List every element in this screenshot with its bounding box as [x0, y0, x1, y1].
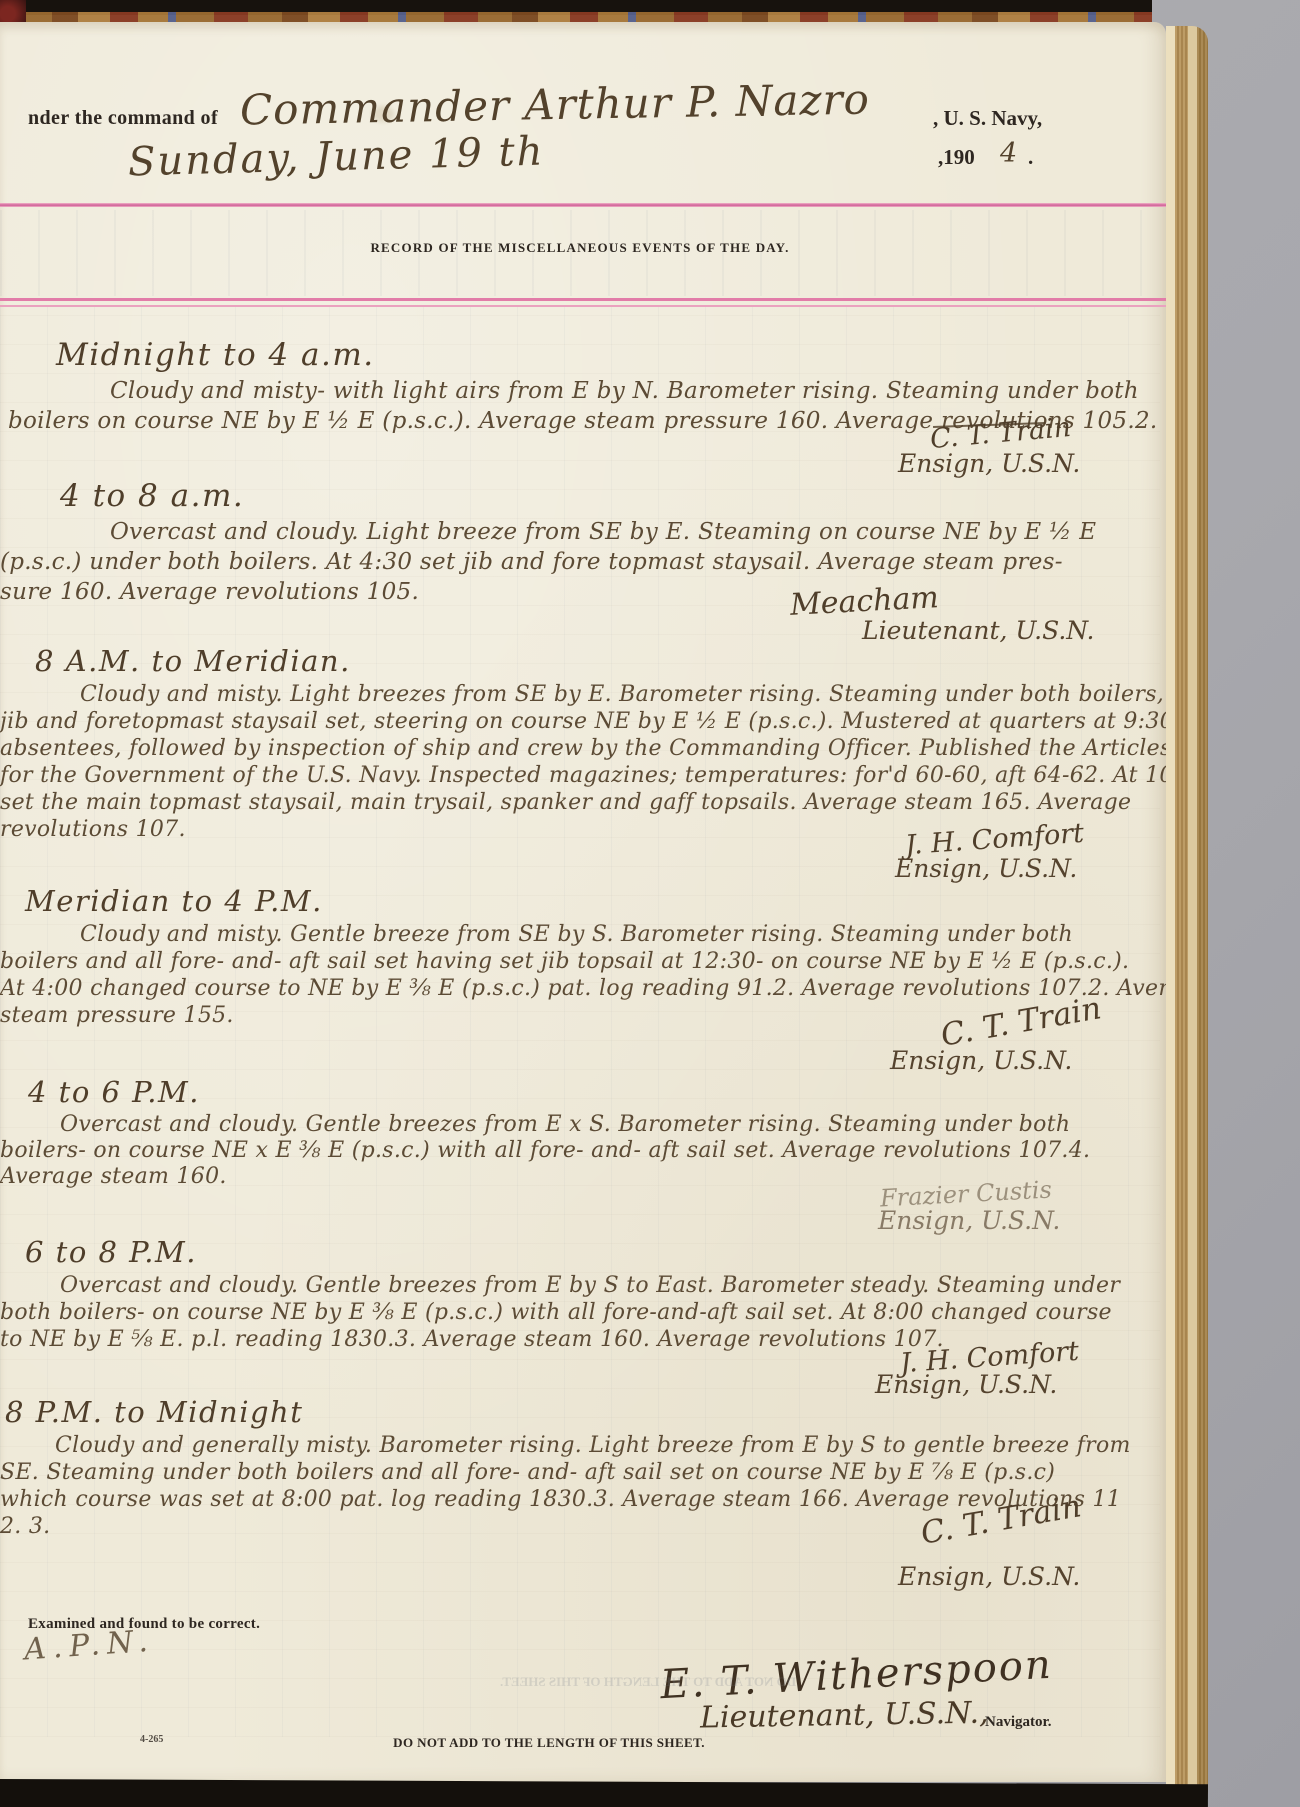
log-entry-6-to-8pm: 6 to 8 P.M. Overcast and cloudy. Gentle … — [0, 1235, 1166, 1353]
entry-line: SE. Steaming under both boilers and all … — [0, 1459, 1166, 1486]
entry-line: Cloudy and misty. Gentle breeze from SE … — [0, 921, 1166, 948]
pink-rule-mid-1 — [0, 298, 1166, 301]
page-edge-strip — [1197, 26, 1208, 1794]
entry-line: Cloudy and misty- with light airs from E… — [8, 376, 1166, 406]
entry-line: Cloudy and misty. Light breezes from SE … — [0, 681, 1166, 708]
pink-rule-mid-2 — [0, 305, 1166, 307]
logbook-page: nder the command of Commander Arthur P. … — [0, 22, 1166, 1782]
form-number: 4-265 — [140, 1734, 163, 1745]
signature-rank: Ensign, U.S.N. — [890, 1046, 1072, 1075]
entry-heading: 4 to 8 a.m. — [60, 478, 1166, 514]
year-written-digit: 4 — [1000, 138, 1017, 169]
signature-rank: Ensign, U.S.N. — [878, 1206, 1060, 1235]
command-prefix-label: nder the command of — [28, 107, 218, 130]
log-entry-meridian-to-4pm: Meridian to 4 P.M. Cloudy and misty. Gen… — [0, 884, 1166, 1029]
year-printed-label: ,190 — [938, 145, 975, 170]
entry-heading: 6 to 8 P.M. — [25, 1235, 1166, 1269]
entry-line: At 4:00 changed course to NE by E ⅜ E (p… — [0, 975, 1166, 1002]
page-edge-strip — [1175, 26, 1188, 1794]
entry-line: Overcast and cloudy. Light breeze from S… — [0, 517, 1166, 547]
do-not-add-note: DO NOT ADD TO THE LENGTH OF THIS SHEET. — [384, 1735, 714, 1751]
log-entry-4-to-8am: 4 to 8 a.m. Overcast and cloudy. Light b… — [0, 478, 1166, 607]
log-entry-4-to-6pm: 4 to 6 P.M. Overcast and cloudy. Gentle … — [0, 1075, 1166, 1190]
entry-heading: 8 P.M. to Midnight — [5, 1395, 1166, 1429]
entry-heading: Midnight to 4 a.m. — [56, 337, 1166, 373]
navigator-printed-label: Navigator. — [985, 1714, 1052, 1731]
us-navy-label: , U. S. Navy, — [933, 106, 1042, 131]
bottom-dark-edge — [0, 1779, 1208, 1807]
entry-line: for the Government of the U.S. Navy. Ins… — [0, 762, 1166, 789]
entry-heading: Meridian to 4 P.M. — [25, 884, 1166, 918]
entry-line: boilers- on course NE x E ⅜ E (p.s.c.) w… — [0, 1138, 1166, 1164]
date-line: Sunday, June 19 th — [127, 129, 545, 186]
page-edge-strip — [1188, 26, 1197, 1794]
signature-rank: Ensign, U.S.N. — [898, 449, 1080, 478]
entry-line: (p.s.c.) under both boilers. At 4:30 set… — [0, 547, 1166, 577]
entry-line: Cloudy and generally misty. Barometer ri… — [0, 1432, 1166, 1459]
signature-rank: Lieutenant, U.S.N. — [862, 616, 1095, 645]
entry-line: absentees, followed by inspection of shi… — [0, 735, 1166, 762]
log-entry-8am-to-meridian: 8 A.M. to Meridian. Cloudy and misty. Li… — [0, 644, 1166, 843]
entry-line: Overcast and cloudy. Gentle breezes from… — [0, 1272, 1166, 1299]
page-edge-strip — [1166, 26, 1175, 1794]
signature-rank: Ensign, U.S.N. — [895, 854, 1077, 883]
entry-line: boilers and all fore- and- aft sail set … — [0, 948, 1166, 975]
entry-line: sure 160. Average revolutions 105. — [0, 577, 1166, 607]
page-stack-edge — [1166, 26, 1208, 1794]
entry-line: jib and foretopmast staysail set, steeri… — [0, 708, 1166, 735]
commander-name: Commander Arthur P. Nazro — [240, 75, 871, 135]
entry-line: both boilers- on course NE by E ⅜ E (p.s… — [0, 1299, 1166, 1326]
entry-heading: 4 to 6 P.M. — [28, 1075, 1166, 1109]
logbook-photo: nder the command of Commander Arthur P. … — [0, 0, 1300, 1807]
entry-heading: 8 A.M. to Meridian. — [35, 644, 1166, 678]
year-period: . — [1028, 145, 1033, 170]
navigator-rank: Lieutenant, U.S.N., — [700, 1695, 989, 1735]
do-not-add-note-bleedthrough: DO NOT ADD TO THE LENGTH OF THIS SHEET. — [500, 1674, 796, 1690]
pink-rule-top — [0, 203, 1166, 207]
signature-rank: Ensign, U.S.N. — [898, 1562, 1080, 1591]
entry-line: Overcast and cloudy. Gentle breezes from… — [0, 1112, 1166, 1138]
entry-line: set the main topmast staysail, main trys… — [0, 789, 1166, 816]
record-title: RECORD OF THE MISCELLANEOUS EVENTS OF TH… — [40, 240, 1120, 256]
